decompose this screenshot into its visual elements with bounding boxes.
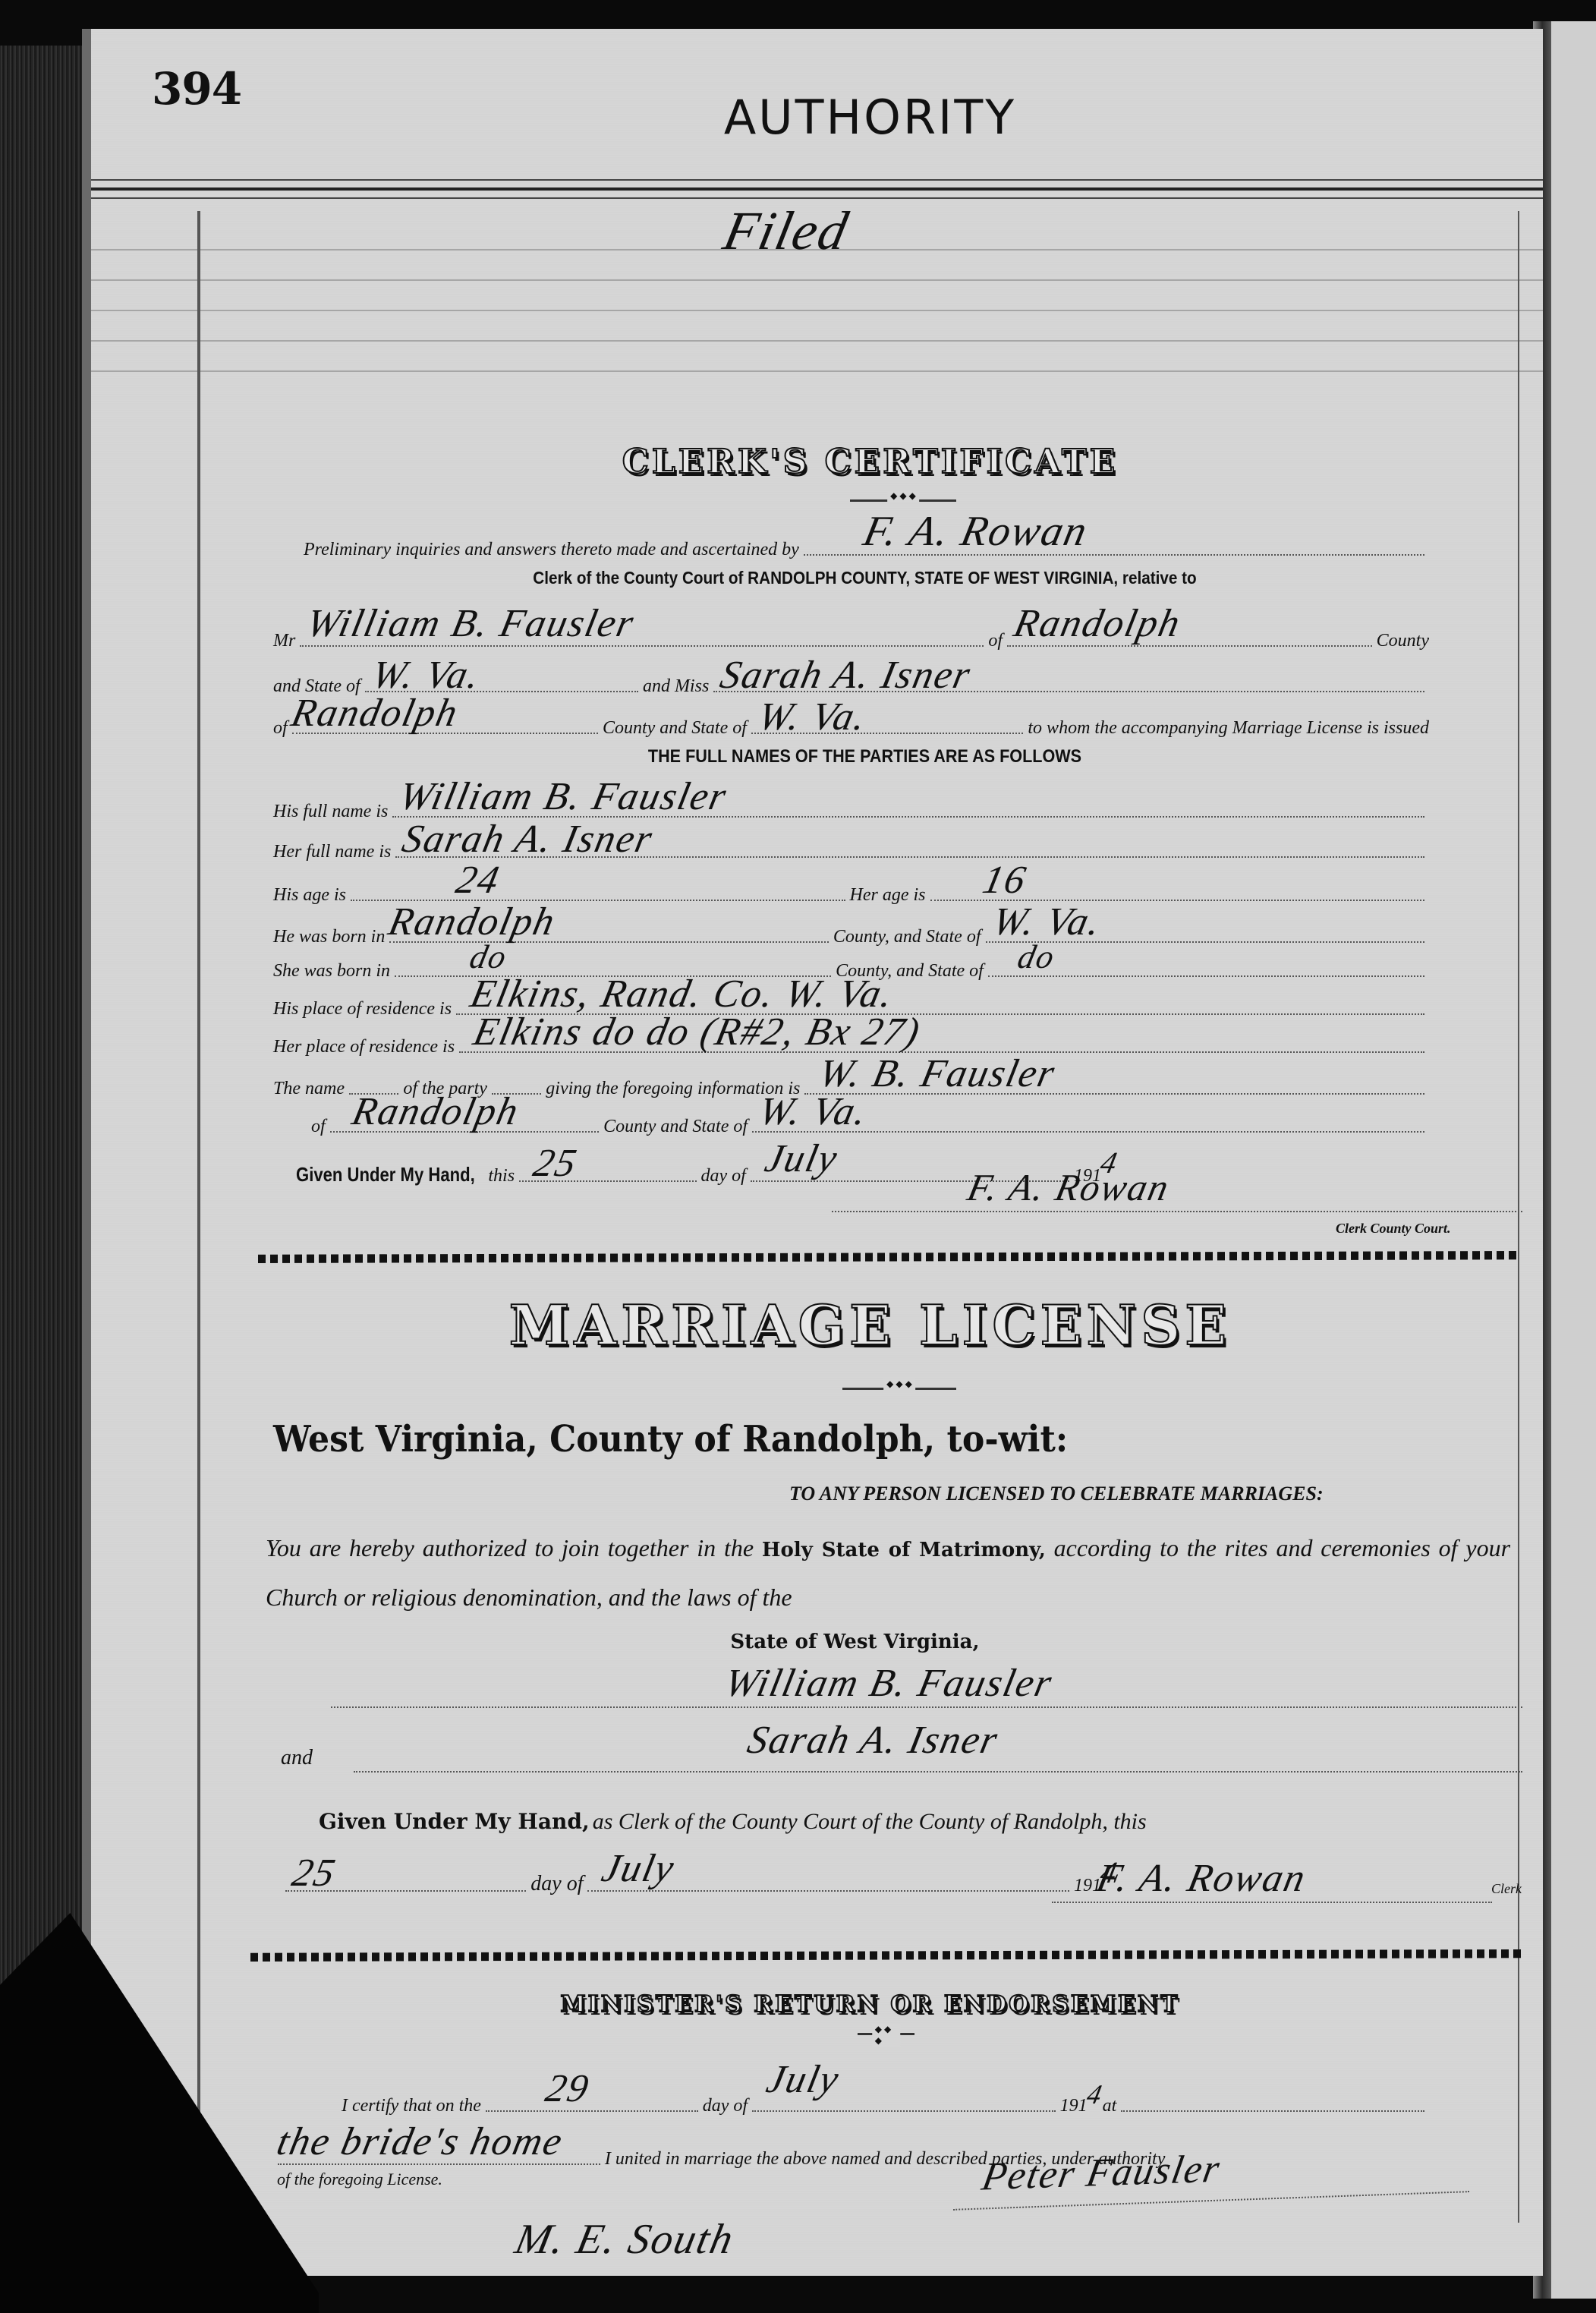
her-full-name-line: Her full name is Sarah A. Isner: [273, 817, 1429, 862]
ledger-page: 394 AUTHORITY Filed CLERK'S CERTIFICATE …: [82, 29, 1543, 2276]
her-full-name-value: Sarah A. Isner: [398, 817, 657, 862]
of-label: of: [311, 1117, 326, 1137]
bride-name-value: Sarah A. Isner: [716, 653, 975, 698]
clerk-signature: F. A. Rowan: [964, 1165, 1174, 1209]
his-age-value: 24: [452, 858, 505, 903]
groom-county-field: Randolph: [1007, 645, 1372, 647]
day-of-label: day of: [703, 2096, 748, 2116]
of-label: of: [988, 631, 1003, 651]
state-of-west-virginia: State of West Virginia,: [91, 1631, 1543, 1653]
given-month-value: July: [761, 1136, 842, 1181]
his-full-name-value: William B. Fausler: [395, 774, 732, 819]
clerk-county-court-label: Clerk County Court.: [1336, 1221, 1451, 1237]
her-residence-value: Elkins do do (R#2, Bx 27): [470, 1010, 925, 1054]
ministers-return-heading: MINISTER'S RETURN OR ENDORSEMENT: [91, 1991, 1543, 2018]
of-label: of: [273, 718, 288, 739]
she-born-county-value: do: [467, 937, 512, 976]
mr-label: Mr: [273, 631, 295, 651]
location-line: the bride's home I united in marriage th…: [273, 2124, 1429, 2170]
her-full-name-label: Her full name is: [273, 842, 391, 862]
bride-name-field: Sarah A. Isner: [713, 691, 1424, 692]
bride-county-value: Randolph: [287, 691, 462, 736]
groom-name-value: William B. Fausler: [303, 601, 639, 646]
she-born-state-value: do: [1014, 937, 1059, 976]
witness-signature: M. E. South: [511, 2215, 738, 2264]
minister-signature-line: Peter Fausler: [953, 2191, 1469, 2211]
certify-line: I certify that on the 29 day of July 191…: [342, 2071, 1429, 2116]
authorization-paragraph: You are hereby authorized to join togeth…: [266, 1524, 1510, 1621]
day-of-label: day of: [701, 1166, 746, 1186]
license-groom-field: William B. Fausler: [331, 1706, 1522, 1708]
addressee-line: TO ANY PERSON LICENSED TO CELEBRATE MARR…: [789, 1483, 1324, 1505]
ages-line: His age is 24 Her age is 16: [273, 860, 1429, 906]
running-head: AUTHORITY: [91, 90, 1543, 145]
license-clerk-signature: F. A. Rowan: [1093, 1856, 1311, 1901]
groom-county-value: Randolph: [1010, 601, 1185, 646]
informant-county-field: Randolph: [330, 1131, 599, 1133]
to-whom-label: to whom the accompanying Marriage Licens…: [1028, 718, 1429, 739]
ledger-line: [91, 340, 1543, 342]
her-age-value: 16: [978, 858, 1031, 903]
full-names-heading: THE FULL NAMES OF THE PARTIES ARE AS FOL…: [164, 746, 1471, 767]
clerk-county-line: Clerk of the County Court of RANDOLPH CO…: [164, 568, 1471, 588]
groom-name-field: William B. Fausler: [300, 645, 984, 647]
license-given-line: Given Under My Hand, as Clerk of the Cou…: [319, 1809, 1518, 1835]
bride-state-value: W. Va.: [754, 695, 871, 739]
county-label: County: [1377, 631, 1429, 651]
jurisdiction-heading: West Virginia, County of Randolph, to-wi…: [273, 1418, 1068, 1461]
authorization-text-1: You are hereby authorized to join togeth…: [266, 1534, 754, 1561]
ornament-divider: [858, 2033, 914, 2035]
ceremony-day-field: 29: [486, 2110, 698, 2112]
preliminary-by-field: F. A. Rowan: [804, 554, 1424, 556]
and-label: and: [281, 1746, 313, 1770]
license-bride-field: Sarah A. Isner: [354, 1771, 1522, 1773]
her-residence-line: Her place of residence is Elkins do do (…: [273, 1012, 1429, 1057]
bride-state-field: W. Va.: [751, 733, 1023, 734]
license-date-line: 25 day of July 191 4: [281, 1851, 1118, 1896]
this-label: this: [488, 1166, 515, 1186]
preliminary-by-signature: F. A. Rowan: [859, 507, 1092, 556]
right-margin-rule: [1518, 211, 1519, 2223]
county-state-label: County and State of: [603, 1117, 748, 1137]
informant-county-line: of Randolph County and State of W. Va.: [311, 1092, 1429, 1137]
bride-county-field: Randolph: [292, 733, 598, 734]
marriage-license-heading: MARRIAGE LICENSE: [91, 1293, 1543, 1357]
ceremony-month-field: July: [752, 2110, 1056, 2112]
license-bride-name: Sarah A. Isner: [744, 1718, 1003, 1763]
preliminary-label: Preliminary inquiries and answers theret…: [304, 540, 799, 560]
given-day-field: 25: [519, 1180, 696, 1182]
ceremony-day-value: 29: [542, 2066, 594, 2111]
ceremony-month-value: July: [763, 2057, 844, 2102]
given-under-hand-label: Given Under My Hand,: [296, 1163, 475, 1186]
at-label: at: [1103, 2096, 1117, 2116]
given-day-value: 25: [530, 1141, 582, 1186]
groom-line: Mr William B. Fausler of Randolph County: [273, 606, 1429, 651]
certify-label: I certify that on the: [342, 2096, 481, 2116]
state-and-bride-line: and State of W. Va. and Miss Sarah A. Is…: [273, 651, 1429, 697]
diamond-divider: [258, 1251, 1518, 1263]
clerk-signature-line: F. A. Rowan: [832, 1211, 1522, 1212]
day-of-label: day of: [530, 1872, 583, 1896]
foregoing-license-label: of the foregoing License.: [277, 2170, 442, 2189]
year-prefix: 191: [1060, 2096, 1088, 2116]
filed-annotation: Filed: [718, 200, 855, 263]
ledger-line: [91, 310, 1543, 311]
facing-page-edge: [1551, 21, 1596, 2299]
his-full-name-line: His full name is William B. Fausler: [273, 777, 1429, 822]
ceremony-location-value: the bride's home: [273, 2119, 568, 2164]
ornament-divider: [842, 1388, 956, 1390]
ledger-line: [91, 370, 1543, 372]
preliminary-inquiries-line: Preliminary inquiries and answers theret…: [304, 515, 1429, 560]
her-full-name-field: Sarah A. Isner: [395, 856, 1424, 858]
holy-state-text: Holy State of Matrimony,: [762, 1539, 1046, 1561]
license-given-rest: as Clerk of the County Court of the Coun…: [593, 1809, 1147, 1834]
clerk-label: Clerk: [1491, 1881, 1522, 1897]
license-month-field: July: [587, 1890, 1069, 1892]
ceremony-location-field: the bride's home: [278, 2163, 600, 2165]
minister-signature: Peter Fausler: [978, 2146, 1224, 2199]
diamond-divider: [250, 1949, 1525, 1962]
county-state-label: County and State of: [603, 718, 747, 739]
license-groom-name: William B. Fausler: [721, 1661, 1057, 1706]
license-day-field: 25: [285, 1890, 526, 1892]
license-day-value: 25: [288, 1851, 341, 1895]
book-page-edges: [0, 46, 82, 2019]
clerks-certificate-heading: CLERK'S CERTIFICATE: [91, 443, 1543, 481]
informant-state-field: W. Va.: [752, 1131, 1424, 1133]
blank-field: [1121, 2110, 1424, 2112]
license-clerk-signature-line: F. A. Rowan: [1052, 1902, 1492, 1903]
informant-state-value: W. Va.: [755, 1089, 872, 1134]
ledger-line: [91, 279, 1543, 281]
informant-county-value: Randolph: [348, 1089, 523, 1134]
license-given-label: Given Under My Hand,: [319, 1809, 590, 1834]
license-month-value: July: [598, 1846, 679, 1891]
ornament-divider: [850, 499, 956, 502]
left-margin-rule: [197, 211, 200, 2223]
bride-county-line: of Randolph County and State of W. Va. t…: [273, 693, 1429, 739]
